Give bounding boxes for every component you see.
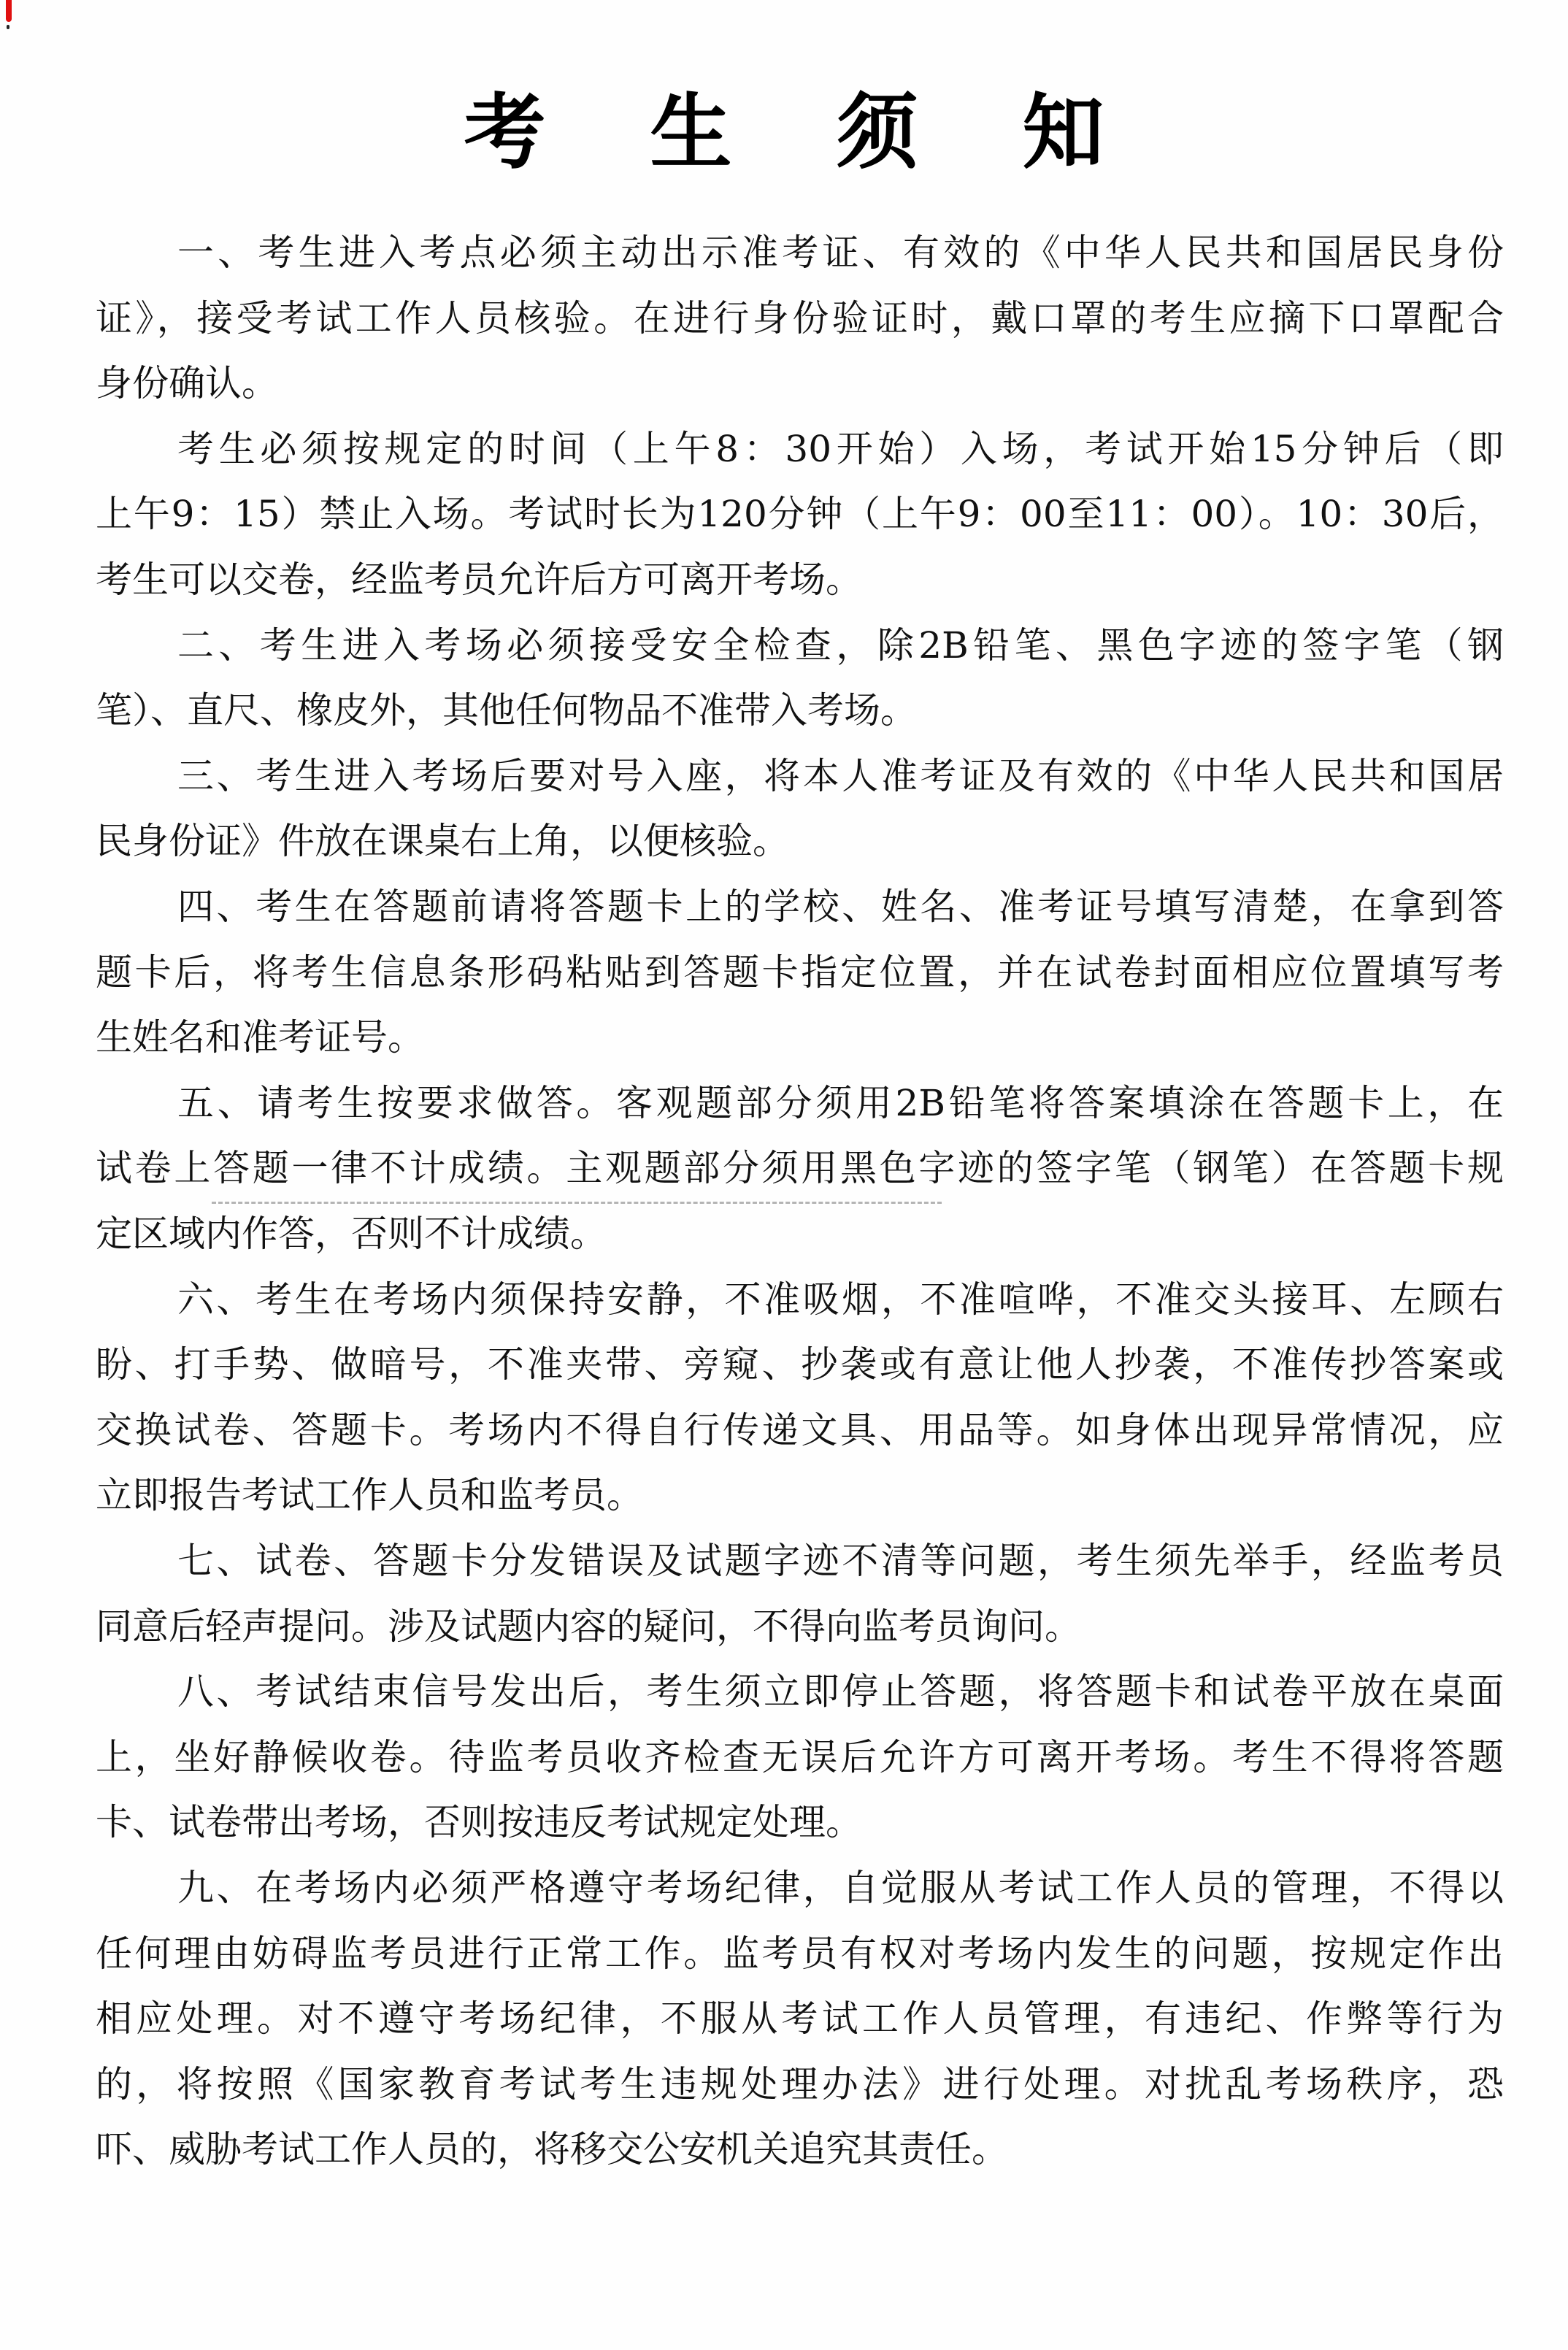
document-page: 考 生 须 知 一、考生进入考点必须主动出示准考证、有效的《中华人民共和国居民身… bbox=[0, 0, 1568, 2350]
paragraph-9-line: 八、考试结束信号发出后，考生须立即停止答题，将答题卡和试卷平放在桌面 bbox=[177, 1665, 1504, 1718]
paragraph-4-line: 民身份证》件放在课桌右上角，以便核验。 bbox=[96, 815, 1504, 867]
paragraph-10-line: 九、在考场内必须严格遵守考场纪律，自觉服从考试工作人员的管理，不得以 bbox=[177, 1862, 1504, 1914]
paragraph-8-line: 同意后轻声提问。涉及试题内容的疑问，不得向监考员询问。 bbox=[96, 1600, 1504, 1653]
paragraph-8-line: 七、试卷、答题卡分发错误及试题字迹不清等问题，考生须先举手，经监考员 bbox=[177, 1535, 1504, 1587]
paragraph-10-line: 相应处理。对不遵守考场纪律，不服从考试工作人员管理，有违纪、作弊等行为 bbox=[96, 1992, 1504, 2045]
paragraph-5-line: 四、考生在答题前请将答题卡上的学校、姓名、准考证号填写清楚，在拿到答 bbox=[177, 880, 1504, 933]
paragraph-6-line: 五、请考生按要求做答。客观题部分须用2B铅笔将答案填涂在答题卡上，在 bbox=[177, 1077, 1504, 1129]
paragraph-7-line: 盼、打手势、做暗号，不准夹带、旁窥、抄袭或有意让他人抄袭，不准传抄答案或 bbox=[96, 1338, 1504, 1391]
paragraph-10-line: 任何理由妨碍监考员进行正常工作。监考员有权对考场内发生的问题，按规定作出 bbox=[96, 1927, 1504, 1980]
paragraph-10-line: 的，将按照《国家教育考试考生违规处理办法》进行处理。对扰乱考场秩序，恐 bbox=[96, 2058, 1504, 2111]
paragraph-9-line: 上，坐好静候收卷。待监考员收齐检查无误后允许方可离开考场。考生不得将答题 bbox=[96, 1731, 1504, 1783]
paragraph-2-line: 考生可以交卷，经监考员允许后方可离开考场。 bbox=[96, 553, 1504, 606]
paragraph-6-line: 试卷上答题一律不计成绩。主观题部分须用黑色字迹的签字笔（钢笔）在答题卡规 bbox=[96, 1142, 1504, 1194]
paragraph-2-line: 上午9：15）禁止入场。考试时长为120分钟（上午9：00至11：00）。10：… bbox=[96, 488, 1504, 540]
paragraph-2-line: 考生必须按规定的时间（上午8：30开始）入场，考试开始15分钟后（即 bbox=[177, 423, 1504, 475]
paragraph-3-line: 二、考生进入考场必须接受安全检查，除2B铅笔、黑色字迹的签字笔（钢 bbox=[177, 619, 1504, 672]
paragraph-10-line: 吓、威胁考试工作人员的，将移交公安机关追究其责任。 bbox=[96, 2123, 1504, 2176]
paragraph-1-line: 证》，接受考试工作人员核验。在进行身份验证时，戴口罩的考生应摘下口罩配合 bbox=[96, 292, 1504, 345]
paragraph-1-line: 一、考生进入考点必须主动出示准考证、有效的《中华人民共和国居民身份 bbox=[177, 226, 1504, 279]
paragraph-1-line: 身份确认。 bbox=[96, 357, 1504, 410]
paragraph-3-line: 笔）、直尺、橡皮外，其他任何物品不准带入考场。 bbox=[96, 684, 1504, 737]
paragraph-7-line: 立即报告考试工作人员和监考员。 bbox=[96, 1469, 1504, 1521]
paragraph-9-line: 卡、试卷带出考场，否则按违反考试规定处理。 bbox=[96, 1796, 1504, 1848]
paragraph-7-line: 六、考生在考场内须保持安静，不准吸烟，不准喧哗，不准交头接耳、左顾右 bbox=[177, 1273, 1504, 1326]
paragraph-5-line: 题卡后，将考生信息条形码粘贴到答题卡指定位置，并在试卷封面相应位置填写考 bbox=[96, 946, 1504, 999]
paragraph-5-line: 生姓名和准考证号。 bbox=[96, 1011, 1504, 1064]
paragraph-4-line: 三、考生进入考场后要对号入座，将本人准考证及有效的《中华人民共和国居 bbox=[177, 750, 1504, 802]
document-body: 一、考生进入考点必须主动出示准考证、有效的《中华人民共和国居民身份证》，接受考试… bbox=[0, 0, 1568, 2350]
paragraph-6-line: 定区域内作答，否则不计成绩。 bbox=[96, 1207, 1504, 1260]
scan-underline-artifact bbox=[212, 1202, 942, 1204]
paragraph-7-line: 交换试卷、答题卡。考场内不得自行传递文具、用品等。如身体出现异常情况，应 bbox=[96, 1404, 1504, 1456]
